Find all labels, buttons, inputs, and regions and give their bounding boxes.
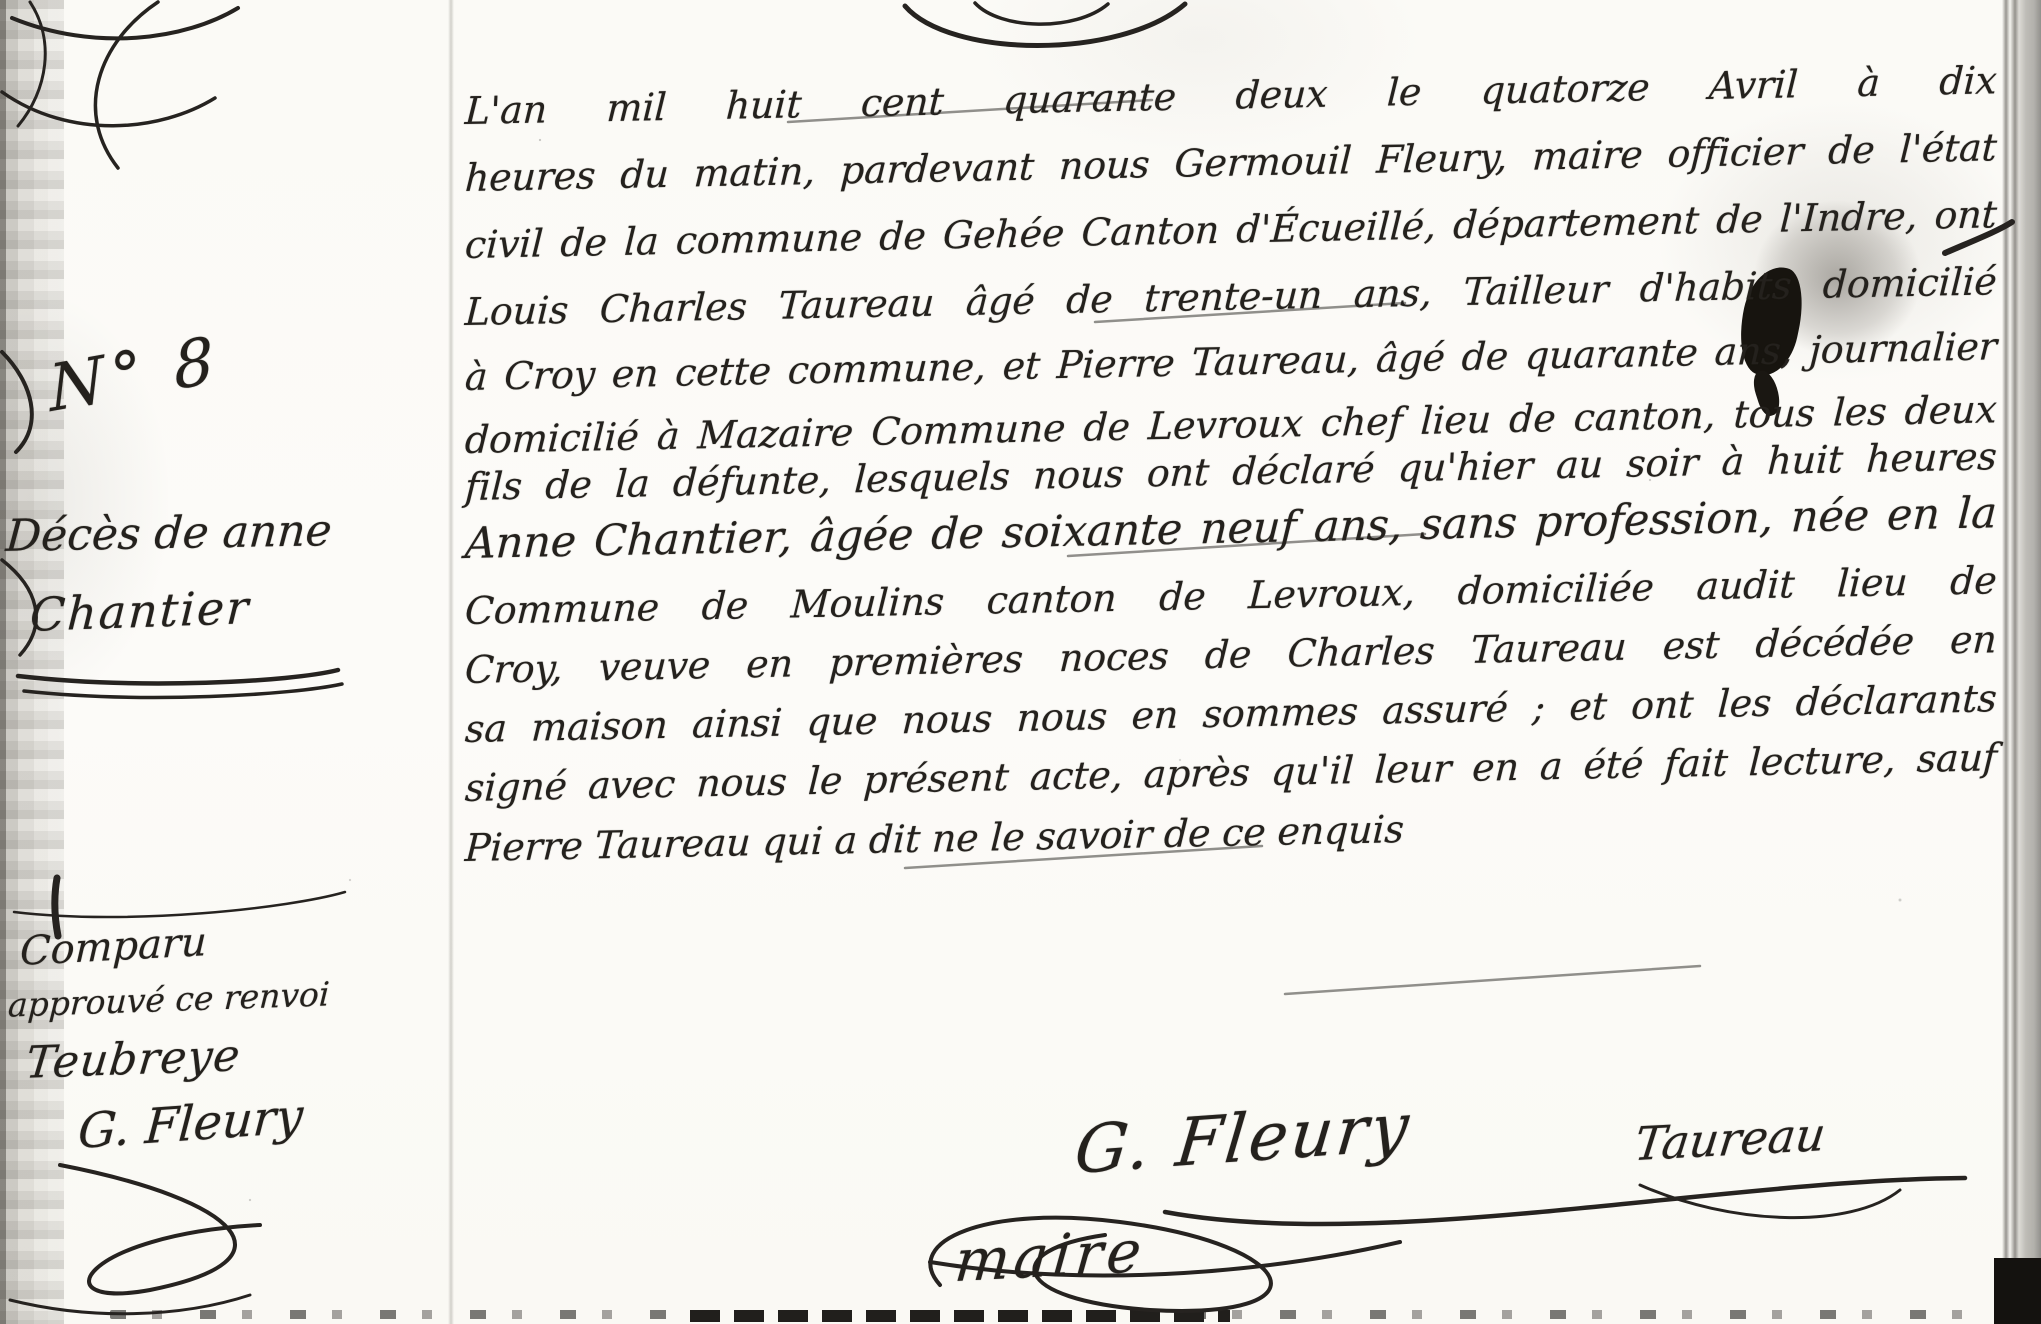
signature-declarant: Taureau <box>1632 1107 1829 1171</box>
margin-decedent-line1: Décès de anne <box>4 505 333 562</box>
bottom-right-scan-mark <box>1994 1258 2041 1324</box>
margin-decedent-line2: Chantier <box>29 580 252 642</box>
margin-signature-mayor: G. Fleury <box>76 1088 305 1160</box>
bottom-edge-dashes <box>690 1310 1230 1322</box>
margin-note-comparu: Comparu <box>19 919 207 975</box>
signature-long-stroke <box>1165 1178 1965 1224</box>
flourish-top-left-3 <box>95 2 158 168</box>
vertical-crease <box>448 0 454 1324</box>
right-page-fold <box>2002 0 2041 1324</box>
manuscript-line-13: Pierre Taureau qui a dit ne le savoir de… <box>464 808 1405 871</box>
manuscript-line-1: L'an mil huit cent quarante deux le quat… <box>464 59 1998 133</box>
chantier-underline-2 <box>24 684 342 697</box>
word-strike-5 <box>1285 966 1700 994</box>
book-gutter-edge <box>0 0 64 1324</box>
signature-mayor: G. Fleury <box>1071 1088 1415 1189</box>
flourish-top-center-inner <box>975 3 1108 24</box>
signature-mayor-title: maire <box>952 1217 1148 1295</box>
margin-act-number: N° 8 <box>47 323 223 427</box>
scanned-death-record-page: N° 8 Décès de anne Chantier Comparu appr… <box>0 0 2041 1324</box>
flourish-top-center <box>905 4 1185 46</box>
margin-signature-flourish-1 <box>60 1165 260 1293</box>
margin-signature-declarant: Teubreye <box>23 1030 243 1089</box>
manuscript-line-12: signé avec nous le présent acte, après q… <box>464 736 1998 810</box>
taureau-underline <box>1640 1185 1900 1218</box>
chantier-underline-1 <box>18 670 338 683</box>
